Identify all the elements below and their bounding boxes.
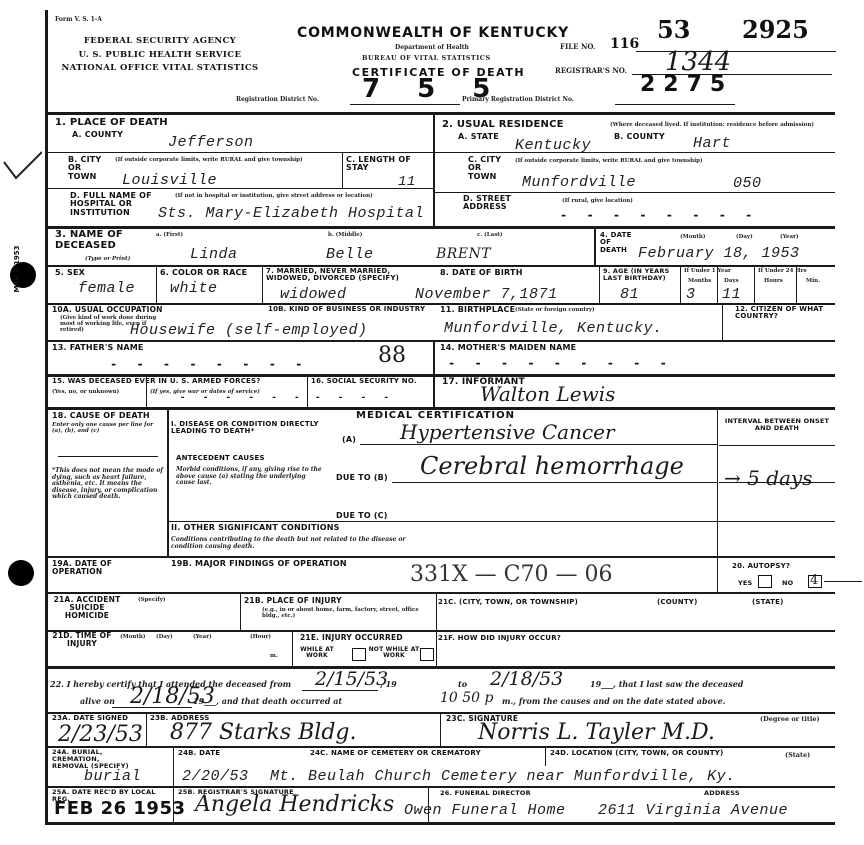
margin-stamp-dot-lower [8, 560, 34, 586]
cause-a-value: Hypertensive Cancer [400, 420, 615, 444]
injury-occurred-label: 21e. INJURY OCCURRED [300, 634, 403, 642]
due-to-b-label: DUE TO (b) [336, 474, 388, 482]
city-label-text: b. CITY OR TOWN [68, 155, 101, 181]
date-signed-value: 2/23/53 [58, 722, 143, 747]
bureau: BUREAU OF VITAL STATISTICS [362, 55, 491, 62]
sex-value: female [78, 280, 135, 297]
agency-line-1: FEDERAL SECURITY AGENCY [60, 36, 260, 46]
certify-text-3: 19___, and that death occurred at [193, 697, 342, 706]
not-at-work-label: NOT WHILE AT WORK [366, 647, 422, 660]
institution-value: Sts. Mary-Elizabeth Hospital [158, 205, 424, 222]
registration-district-label: Registration District No. [236, 97, 319, 104]
signer-address-value: 877 Starks Bldg. [170, 720, 357, 745]
fathers-name-label: 13. FATHER'S NAME [52, 344, 144, 352]
armed-forces-note-a: (Yes, no, or unknown) [52, 389, 119, 395]
injury-hour-label: (Hour) [250, 634, 271, 640]
other-conditions-label: II. OTHER SIGNIFICANT CONDITIONS [171, 524, 340, 532]
residence-city-note: (If outside corporate limits, write RURA… [515, 158, 703, 164]
middle-name-value: Belle [326, 246, 374, 263]
file-no-year: 53 [657, 15, 690, 44]
physician-signature: Norris L. Tayler M.D. [478, 720, 715, 745]
injury-state-label: (STATE) [752, 599, 784, 606]
color-race-label: 6. COLOR OR RACE [160, 269, 247, 277]
annotation-88: 88 [378, 343, 406, 368]
marital-status-value: widowed [280, 286, 347, 303]
last-name-value: BRENT [436, 246, 491, 262]
place-of-death-title: 1. PLACE OF DEATH [55, 118, 168, 129]
residence-county-label: b. COUNTY [614, 133, 665, 141]
city-note: (If outside corporate limits, write RURA… [115, 157, 345, 163]
social-security-value: - - - - [315, 393, 395, 403]
injury-day-label: (Day) [156, 634, 173, 640]
burial-method-label: 24a. BURIAL, CREMATION, REMOVAL (Specify… [52, 749, 134, 769]
time-of-injury-label: 21d. TIME OF INJURY [52, 632, 112, 648]
not-at-work-checkbox[interactable] [420, 648, 434, 661]
date-of-death-label: 4. DATE OF DEATH [600, 232, 638, 254]
place-of-injury-label: 21b. PLACE OF INJURY [244, 597, 342, 605]
armed-forces-label: 15. WAS DECEASED EVER IN U. S. ARMED FOR… [52, 378, 312, 385]
burial-method-value: burial [84, 768, 141, 785]
attended-from-value: 2/15/53 [315, 668, 388, 690]
antecedent-note: Morbid conditions, if any, giving rise t… [176, 467, 326, 487]
residence-city-label: c. CITY OR TOWN [468, 156, 508, 181]
part1-label: I. DISEASE OR CONDITION DIRECTLY LEADING… [171, 421, 341, 436]
dod-month-label: (Month) [680, 234, 706, 240]
name-of-deceased-title: 3. NAME OF DECEASED [55, 230, 140, 251]
attended-to-value: 2/18/53 [490, 668, 563, 690]
autopsy-no-label: NO [782, 580, 793, 587]
injury-county-label: (COUNTY) [657, 599, 697, 606]
county-value: Jefferson [168, 134, 254, 151]
autopsy-no-mark: 4 [810, 573, 818, 588]
agency-line-3: NATIONAL OFFICE VITAL STATISTICS [50, 63, 270, 73]
date-received-stamp: FEB 26 1953 [54, 798, 186, 819]
cause-a-marker: (a) [342, 436, 356, 444]
degree-label: (Degree or title) [760, 716, 820, 723]
first-name-label: a. (First) [156, 232, 183, 238]
cause-footnote: *This does not mean the mode of dying, s… [52, 468, 166, 501]
armed-forces-value: - - - - - - [180, 393, 306, 403]
age-value: 81 [620, 286, 639, 303]
registrars-no-label: REGISTRAR'S NO. [555, 67, 627, 75]
middle-name-label: b. (Middle) [328, 232, 362, 238]
residence-state-label: a. STATE [458, 133, 499, 141]
other-conditions-note: Conditions contributing to the death but… [171, 537, 411, 550]
certify-to: to [458, 680, 467, 689]
cause-instruction: Enter only one cause per line for (a), (… [52, 422, 164, 434]
city-value: Louisville [122, 172, 217, 189]
burial-date-label: 24b. DATE [178, 750, 220, 757]
major-findings-label: 19b. MAJOR FINDINGS OF OPERATION [171, 560, 347, 568]
days-label: Days [724, 278, 739, 284]
funeral-address-label: ADDRESS [704, 790, 740, 797]
department: Department of Health [395, 45, 469, 52]
city-label: b. CITY OR TOWN [68, 156, 108, 181]
date-of-death-value: February 18, 1953 [638, 245, 800, 262]
age-label: 9. AGE (In years last birthday) [603, 268, 681, 282]
usual-residence-note: (Where deceased lived. If institution: r… [610, 122, 832, 128]
operation-code-value: 331X — C70 — 06 [410, 562, 612, 587]
accident-specify-label: (Specify) [138, 597, 166, 603]
last-name-label: c. (Last) [477, 232, 502, 238]
registrars-no-stamped: 2275 [640, 72, 733, 97]
burial-location-state-label: (State) [785, 752, 810, 759]
residence-county-value: Hart [693, 135, 731, 152]
certify-text-4: m., from the causes and on the date stat… [502, 697, 725, 706]
cemetery-value: Mt. Beulah Church Cemetery near Munfordv… [270, 768, 736, 785]
certify-alive-on: alive on [80, 697, 115, 706]
birthplace-value: Munfordville, Kentucky. [444, 320, 663, 337]
how-injury-occurred-label: 21f. HOW DID INJURY OCCUR? [438, 635, 561, 642]
autopsy-yes-checkbox[interactable] [758, 575, 772, 588]
at-work-checkbox[interactable] [352, 648, 366, 661]
place-of-injury-note: (e.g., in or about home, farm, factory, … [262, 607, 432, 619]
autopsy-yes-label: YES [738, 580, 752, 587]
mothers-maiden-name-value: - - - - - - - - - [448, 356, 673, 370]
date-of-birth-label: 8. DATE OF BIRTH [440, 269, 523, 277]
file-no-prefix: 116 [610, 36, 639, 52]
residence-city-code: 050 [733, 175, 762, 192]
form-id: Form V. S. 1-A [55, 17, 102, 24]
informant-value: Walton Lewis [480, 382, 615, 406]
cause-b-interval: → 5 days [724, 466, 813, 490]
margin-checkmark [2, 150, 42, 190]
cause-b-value: Cerebral hemorrhage [420, 452, 684, 480]
dod-day-label: (Day) [736, 234, 753, 240]
occupation-label: 10a. USUAL OCCUPATION [52, 306, 163, 314]
autopsy-label: 20. AUTOPSY? [732, 563, 790, 570]
months-label: Months [688, 278, 711, 284]
cause-of-death-title: 18. CAUSE OF DEATH [52, 412, 150, 420]
death-time-value: 10 50 p [440, 690, 494, 706]
marital-status-label: 7. MARRIED, NEVER MARRIED, WIDOWED, DIVO… [266, 268, 426, 283]
cemetery-label: 24c. NAME OF CEMETERY OR CREMATORY [310, 750, 481, 757]
sex-label: 5. SEX [55, 269, 85, 277]
funeral-director-value: Owen Funeral Home [404, 802, 566, 819]
street-address-value: - - - - - - - - [560, 208, 758, 222]
occupation-value: Housewife (self-employed) [130, 322, 368, 339]
county-label: a. COUNTY [72, 131, 123, 139]
agency-line-2: U. S. PUBLIC HEALTH SERVICE [55, 50, 265, 60]
birthplace-note: (State or foreign country) [515, 307, 595, 313]
margin-date-stamp: MAR 6 1953 [13, 224, 21, 314]
certify-19-a: , 19 [380, 680, 397, 689]
due-to-c-label: DUE TO (c) [336, 512, 388, 520]
injury-year-label: (Year) [193, 634, 212, 640]
length-of-stay-label: c. LENGTH OF STAY [346, 156, 431, 173]
dod-year-label: (Year) [780, 234, 799, 240]
file-no-value: 2925 [742, 15, 809, 44]
hours-label: Hours [764, 278, 783, 284]
date-of-operation-label: 19a. DATE OF OPERATION [52, 560, 164, 576]
name-type-or-print: (Type or Print) [85, 256, 130, 262]
funeral-address-value: 2611 Virginia Avenue [598, 802, 788, 819]
citizen-label: 12. CITIZEN OF WHAT COUNTRY? [735, 306, 835, 321]
residence-city-value: Munfordville [522, 174, 636, 191]
file-no-label: FILE NO. [560, 43, 595, 51]
institution-note: (If not in hospital or institution, give… [175, 193, 425, 199]
burial-location-label: 24d. LOCATION (City, town, or county) [550, 750, 723, 757]
color-race-value: white [170, 280, 218, 297]
burial-date-value: 2/20/53 [182, 768, 249, 785]
registrar-signature-value: Angela Hendricks [195, 792, 394, 817]
street-address-label: d. STREET ADDRESS [463, 195, 513, 212]
autopsy-no-checkbox[interactable]: 4 [808, 575, 822, 588]
birthplace-label: 11. BIRTHPLACE [440, 306, 515, 314]
accident-label: 21a. ACCIDENT SUICIDE HOMICIDE [52, 596, 122, 620]
antecedent-causes-label: ANTECEDENT CAUSES [176, 455, 265, 462]
interval-heading: INTERVAL BETWEEN ONSET AND DEATH [722, 418, 832, 432]
social-security-label: 16. SOCIAL SECURITY NO. [311, 378, 431, 385]
mothers-maiden-name-label: 14. MOTHER'S MAIDEN NAME [440, 344, 576, 352]
date-of-birth-value: November 7,1871 [415, 286, 558, 303]
funeral-director-label: 26. FUNERAL DIRECTOR [440, 790, 531, 797]
first-name-value: Linda [190, 246, 238, 263]
usual-residence-title: 2. USUAL RESIDENCE [442, 120, 564, 131]
fathers-name-value: - - - - - - - - [110, 357, 308, 371]
min-label: Min. [806, 278, 820, 284]
days-value: 11 [722, 286, 741, 303]
under-1-year-label: If Under 1 Year [684, 268, 764, 274]
injury-month-label: (Month) [120, 634, 146, 640]
kind-of-business-label: 10b. KIND OF BUSINESS OR INDUSTRY [268, 306, 433, 313]
state-title: COMMONWEALTH OF KENTUCKY [297, 25, 569, 41]
at-work-label: WHILE AT WORK [296, 647, 338, 660]
months-value: 3 [686, 286, 696, 303]
primary-district-label: Primary Registration District No. [462, 97, 574, 104]
injury-city-label: 21c. (CITY, TOWN, OR TOWNSHIP) [438, 599, 578, 606]
certify-text-2: 19___, that I last saw the deceased [590, 680, 743, 689]
injury-m-label: m. [270, 653, 278, 659]
under-24-hrs-label: If Under 24 Hrs [758, 268, 838, 274]
street-address-note: (If rural, give location) [562, 198, 633, 204]
